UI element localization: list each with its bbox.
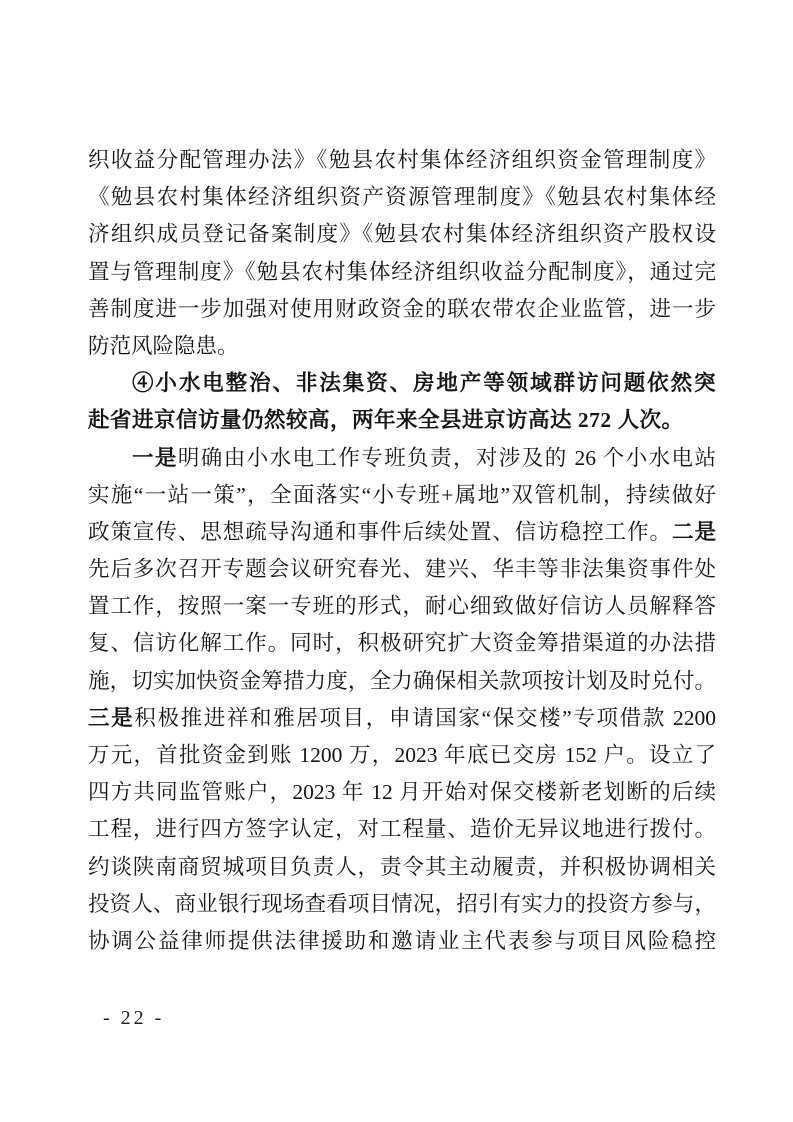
page-number: - 22 -	[103, 1005, 164, 1031]
bold-text-run: 赴省进京信访量仍然较高，两年来全县进京访高达 272 人次。	[88, 408, 684, 432]
text-line: 防范风险隐患。	[88, 328, 716, 365]
text-line: 善制度进一步加强对使用财政资金的联农带农企业监管，进一步	[88, 291, 716, 328]
bold-text-run: 一是	[132, 446, 178, 470]
text-run: 投资人、商业银行现场查看项目情况，招引有实力的投资方参与，	[88, 892, 716, 916]
text-line: 四方共同监管账户，2023 年 12 月开始对保交楼新老划断的后续	[88, 774, 716, 811]
text-line: 约谈陕南商贸城项目负责人，责令其主动履责，并积极协调相关	[88, 849, 716, 886]
text-run: 织收益分配管理办法》《勉县农村集体经济组织资金管理制度》	[88, 148, 716, 172]
text-run: 先后多次召开专题会议研究春光、建兴、华丰等非法集资事件处	[88, 557, 716, 581]
text-line: 复、信访化解工作。同时，积极研究扩大资金筹措渠道的办法措	[88, 625, 716, 662]
document-body: 织收益分配管理办法》《勉县农村集体经济组织资金管理制度》《勉县农村集体经济组织资…	[88, 142, 716, 960]
text-run: 置工作，按照一案一专班的形式，耐心细致做好信访人员解释答	[88, 594, 716, 618]
text-run: 积极推进祥和雅居项目，申请国家“保交楼”专项借款 2200	[134, 706, 716, 730]
text-run: 约谈陕南商贸城项目负责人，责令其主动履责，并积极协调相关	[88, 855, 716, 879]
text-run: 明确由小水电工作专班负责，对涉及的 26 个小水电站	[178, 446, 716, 470]
text-line: 万元，首批资金到账 1200 万，2023 年底已交房 152 户。设立了	[88, 737, 716, 774]
text-line: 先后多次召开专题会议研究春光、建兴、华丰等非法集资事件处	[88, 551, 716, 588]
bold-text-run: ④小水电整治、非法集资、房地产等领域群访问题依然突出，	[88, 371, 716, 402]
text-run: 实施“一站一策”，全面落实“小专班+属地”双管机制，持续做好	[88, 483, 716, 507]
text-line: 赴省进京信访量仍然较高，两年来全县进京访高达 272 人次。	[88, 402, 716, 439]
text-run: 协调公益律师提供法律援助和邀请业主代表参与项目风险稳控	[88, 929, 716, 953]
text-run: 置与管理制度》《勉县农村集体经济组织收益分配制度》，通过完	[88, 260, 716, 284]
text-run: 工程，进行四方签字认定，对工程量、造价无异议地进行拨付。	[88, 817, 716, 841]
text-line: ④小水电整治、非法集资、房地产等领域群访问题依然突出，	[88, 365, 716, 402]
text-run: 四方共同监管账户，2023 年 12 月开始对保交楼新老划断的后续	[88, 780, 716, 804]
text-run: 《勉县农村集体经济组织资产资源管理制度》《勉县农村集体经	[88, 185, 716, 209]
text-run: 济组织成员登记备案制度》《勉县农村集体经济组织资产股权设	[88, 222, 716, 246]
text-run: 善制度进一步加强对使用财政资金的联农带农企业监管，进一步	[88, 297, 716, 321]
text-line: 施，切实加快资金筹措力度，全力确保相关款项按计划及时兑付。	[88, 663, 716, 700]
text-line: 政策宣传、思想疏导沟通和事件后续处置、信访稳控工作。二是	[88, 514, 716, 551]
text-line: 置与管理制度》《勉县农村集体经济组织收益分配制度》，通过完	[88, 254, 716, 291]
text-line: 置工作，按照一案一专班的形式，耐心细致做好信访人员解释答	[88, 588, 716, 625]
text-run: 施，切实加快资金筹措力度，全力确保相关款项按计划及时兑付。	[88, 669, 716, 693]
bold-text-run: 三是	[88, 706, 134, 730]
text-line: 协调公益律师提供法律援助和邀请业主代表参与项目风险稳控	[88, 923, 716, 960]
document-page: 织收益分配管理办法》《勉县农村集体经济组织资金管理制度》《勉县农村集体经济组织资…	[0, 0, 793, 1122]
text-run: 万元，首批资金到账 1200 万，2023 年底已交房 152 户。设立了	[88, 743, 716, 767]
text-line: 《勉县农村集体经济组织资产资源管理制度》《勉县农村集体经	[88, 179, 716, 216]
text-line: 一是明确由小水电工作专班负责，对涉及的 26 个小水电站	[88, 440, 716, 477]
text-line: 济组织成员登记备案制度》《勉县农村集体经济组织资产股权设	[88, 216, 716, 253]
text-line: 三是积极推进祥和雅居项目，申请国家“保交楼”专项借款 2200	[88, 700, 716, 737]
text-run: 复、信访化解工作。同时，积极研究扩大资金筹措渠道的办法措	[88, 631, 716, 655]
text-run: 防范风险隐患。	[88, 334, 239, 358]
text-run: 政策宣传、思想疏导沟通和事件后续处置、信访稳控工作。	[88, 520, 672, 544]
text-line: 实施“一站一策”，全面落实“小专班+属地”双管机制，持续做好	[88, 477, 716, 514]
text-line: 工程，进行四方签字认定，对工程量、造价无异议地进行拨付。	[88, 811, 716, 848]
text-line: 投资人、商业银行现场查看项目情况，招引有实力的投资方参与，	[88, 886, 716, 923]
text-line: 织收益分配管理办法》《勉县农村集体经济组织资金管理制度》	[88, 142, 716, 179]
bold-text-run: 二是	[672, 520, 716, 544]
